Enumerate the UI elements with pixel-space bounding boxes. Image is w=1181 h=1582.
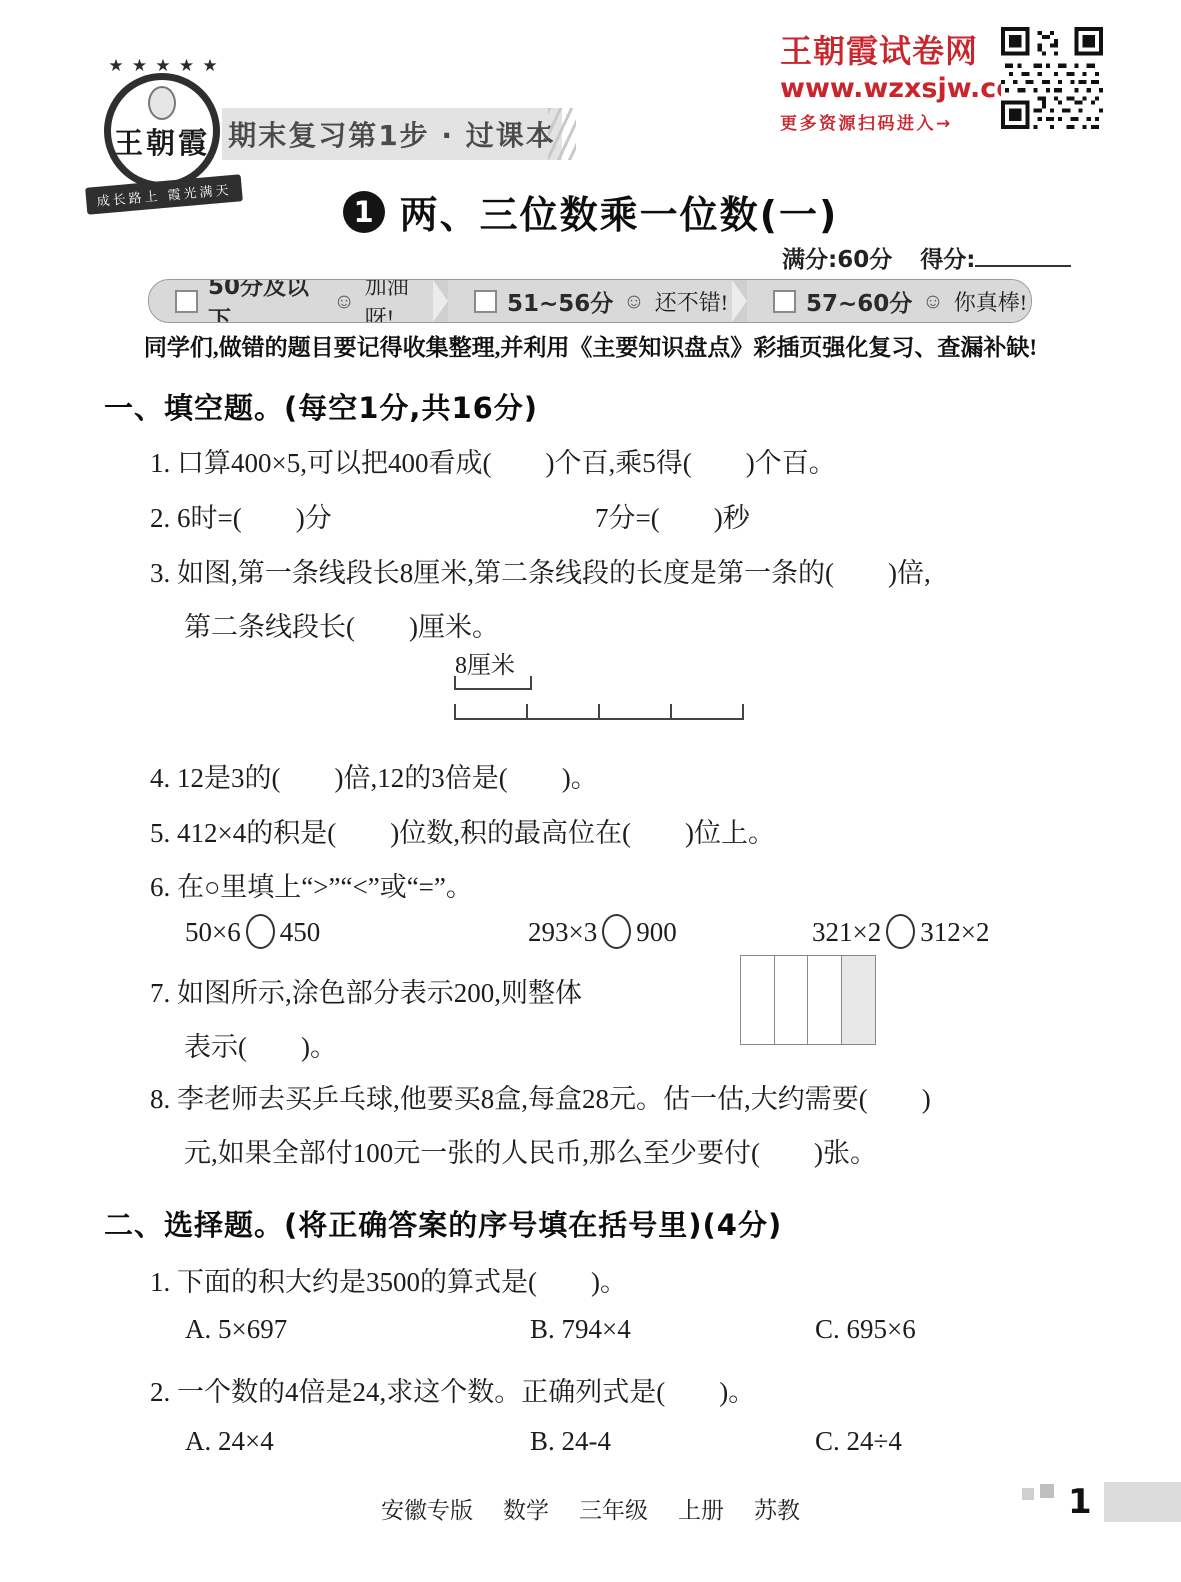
- question-4: 4. 12是3的( )倍,12的3倍是( )。: [150, 756, 598, 795]
- score-band-high-checkbox[interactable]: [773, 290, 796, 313]
- compare-circle: [886, 914, 915, 949]
- score-band-high-remark: 你真棒!: [954, 286, 1027, 317]
- question-6: 6. 在○里填上“>”“<”或“=”。: [150, 865, 473, 904]
- segment-length-label: 8厘米: [455, 645, 515, 680]
- expression-right: 312×2: [920, 917, 989, 947]
- segment-long-line: [454, 704, 744, 720]
- score-band-low: 50分及以下 加油呀!: [149, 280, 433, 322]
- expression-right: 900: [636, 917, 677, 947]
- expression-left: 321×2: [812, 917, 881, 947]
- footer-item: 安徽专版: [381, 1492, 473, 1525]
- question-5: 5. 412×4的积是( )位数,积的最高位在( )位上。: [150, 811, 775, 850]
- step-banner-label: 期末复习第1步 · 过课本: [228, 114, 556, 154]
- segment-unit: [598, 704, 670, 720]
- step-banner: 期末复习第1步 · 过课本: [222, 108, 562, 160]
- choice-q2-option-a: A. 24×4: [185, 1426, 274, 1457]
- segment-short-line: [454, 676, 532, 690]
- footer-item: 三年级: [579, 1492, 648, 1525]
- badge-circle: 王朝霞: [104, 73, 220, 189]
- chevron-separator: [732, 280, 747, 322]
- footer-edition-info: 安徽专版 数学 三年级 上册 苏教: [0, 1492, 1181, 1525]
- expression-left: 293×3: [528, 917, 597, 947]
- score-label-wrap: 得分:: [920, 241, 1071, 274]
- question-3-line1: 3. 如图,第一条线段长8厘米,第二条线段的长度是第一条的( )倍,: [150, 551, 931, 590]
- score-band-high: 57~60分 你真棒!: [747, 280, 1031, 322]
- badge-name: 王朝霞: [111, 121, 213, 162]
- segment-unit: [454, 704, 526, 720]
- choice-q1-option-c: C. 695×6: [815, 1314, 916, 1345]
- choice-q2-option-c: C. 24÷4: [815, 1426, 902, 1457]
- section2-heading: 二、选择题。(将正确答案的序号填在括号里)(4分): [104, 1203, 782, 1244]
- expression-left: 50×6: [185, 917, 241, 947]
- question-2b: 7分=( )秒: [595, 496, 750, 535]
- full-score-label: 满分:60分: [782, 241, 892, 274]
- segment-unit: [670, 704, 744, 720]
- score-blank-line: [975, 243, 1071, 267]
- question-8-line2: 元,如果全部付100元一张的人民币,那么至少要付( )张。: [184, 1131, 877, 1170]
- site-url: www.wzxsjw.com: [780, 73, 998, 104]
- section1-heading: 一、填空题。(每空1分,共16分): [104, 386, 538, 427]
- smiley-icon: [333, 291, 354, 312]
- banner-stripes-decoration: [548, 108, 576, 160]
- footer-square-decoration: [1040, 1484, 1054, 1498]
- footer-item: 上册: [678, 1492, 724, 1525]
- score-band-low-remark: 加油呀!: [365, 279, 433, 323]
- comparison-item-1: 50×6450: [185, 914, 320, 949]
- score-band-high-range: 57~60分: [806, 285, 912, 318]
- grid-cell: [740, 955, 775, 1045]
- question-3-line2: 第二条线段长( )厘米。: [184, 605, 499, 644]
- choice-q1-option-a: A. 5×697: [185, 1314, 287, 1345]
- question-2a: 2. 6时=( )分: [150, 496, 332, 535]
- footer-bar-decoration: [1104, 1482, 1181, 1522]
- question-7-line1: 7. 如图所示,涂色部分表示200,则整体: [150, 971, 582, 1010]
- score-band-low-range: 50分及以下: [208, 279, 323, 323]
- score-band-mid-checkbox[interactable]: [474, 290, 497, 313]
- site-name: 王朝霞试卷网: [780, 26, 998, 72]
- score-label: 得分:: [920, 247, 975, 273]
- grid-cell-shaded: [841, 955, 876, 1045]
- score-band-mid-remark: 还不错!: [655, 286, 728, 317]
- choice-q1-option-b: B. 794×4: [530, 1314, 631, 1345]
- qr-caption: 更多资源扫码进入→: [780, 109, 998, 134]
- score-band-mid-range: 51~56分: [507, 285, 613, 318]
- question-8-line1: 8. 李老师去买乒乓球,他要买8盒,每盒28元。估一估,大约需要( ): [150, 1077, 931, 1116]
- qr-code: [1001, 27, 1103, 129]
- footer-item: 苏教: [754, 1492, 800, 1525]
- portrait-icon: [148, 86, 176, 120]
- chevron-separator: [433, 280, 448, 322]
- choice-question-1: 1. 下面的积大约是3500的算式是( )。: [150, 1260, 627, 1299]
- score-band-bar: 50分及以下 加油呀! 51~56分 还不错! 57~60分 你真棒!: [148, 279, 1032, 323]
- smiley-icon: [623, 291, 644, 312]
- segment-unit: [526, 704, 598, 720]
- choice-q2-option-b: B. 24-4: [530, 1426, 611, 1457]
- score-row: 满分:60分 得分:: [782, 241, 1071, 274]
- comparison-item-3: 321×2312×2: [812, 914, 989, 949]
- compare-circle: [602, 914, 631, 949]
- shaded-grid-figure: [740, 955, 876, 1045]
- worksheet-page: 王朝霞 成长路上 霞光满天 期末复习第1步 · 过课本 王朝霞试卷网 www.w…: [0, 0, 1181, 1582]
- page-number: 1: [1068, 1482, 1092, 1522]
- expression-right: 450: [280, 917, 321, 947]
- page-title: 两、三位数乘一位数(一): [400, 184, 839, 239]
- question-1: 1. 口算400×5,可以把400看成( )个百,乘5得( )个百。: [150, 441, 836, 480]
- smiley-icon: [922, 291, 943, 312]
- comparison-item-2: 293×3900: [528, 914, 677, 949]
- score-band-mid: 51~56分 还不错!: [448, 280, 732, 322]
- footer-square-decoration: [1022, 1488, 1034, 1500]
- compare-circle: [246, 914, 275, 949]
- notice-line: 同学们,做错的题目要记得收集整理,并利用《主要知识盘点》彩插页强化复习、查漏补缺…: [0, 329, 1181, 362]
- score-band-low-checkbox[interactable]: [175, 290, 198, 313]
- brand-block: 王朝霞试卷网 www.wzxsjw.com 更多资源扫码进入→: [780, 26, 998, 134]
- choice-question-2: 2. 一个数的4倍是24,求这个数。正确列式是( )。: [150, 1370, 755, 1409]
- paper-number-badge: 1: [343, 191, 385, 233]
- footer-item: 数学: [503, 1492, 549, 1525]
- paper-title-row: 1 两、三位数乘一位数(一): [0, 184, 1181, 239]
- grid-cell: [774, 955, 809, 1045]
- question-7-line2: 表示( )。: [184, 1025, 337, 1064]
- grid-cell: [807, 955, 842, 1045]
